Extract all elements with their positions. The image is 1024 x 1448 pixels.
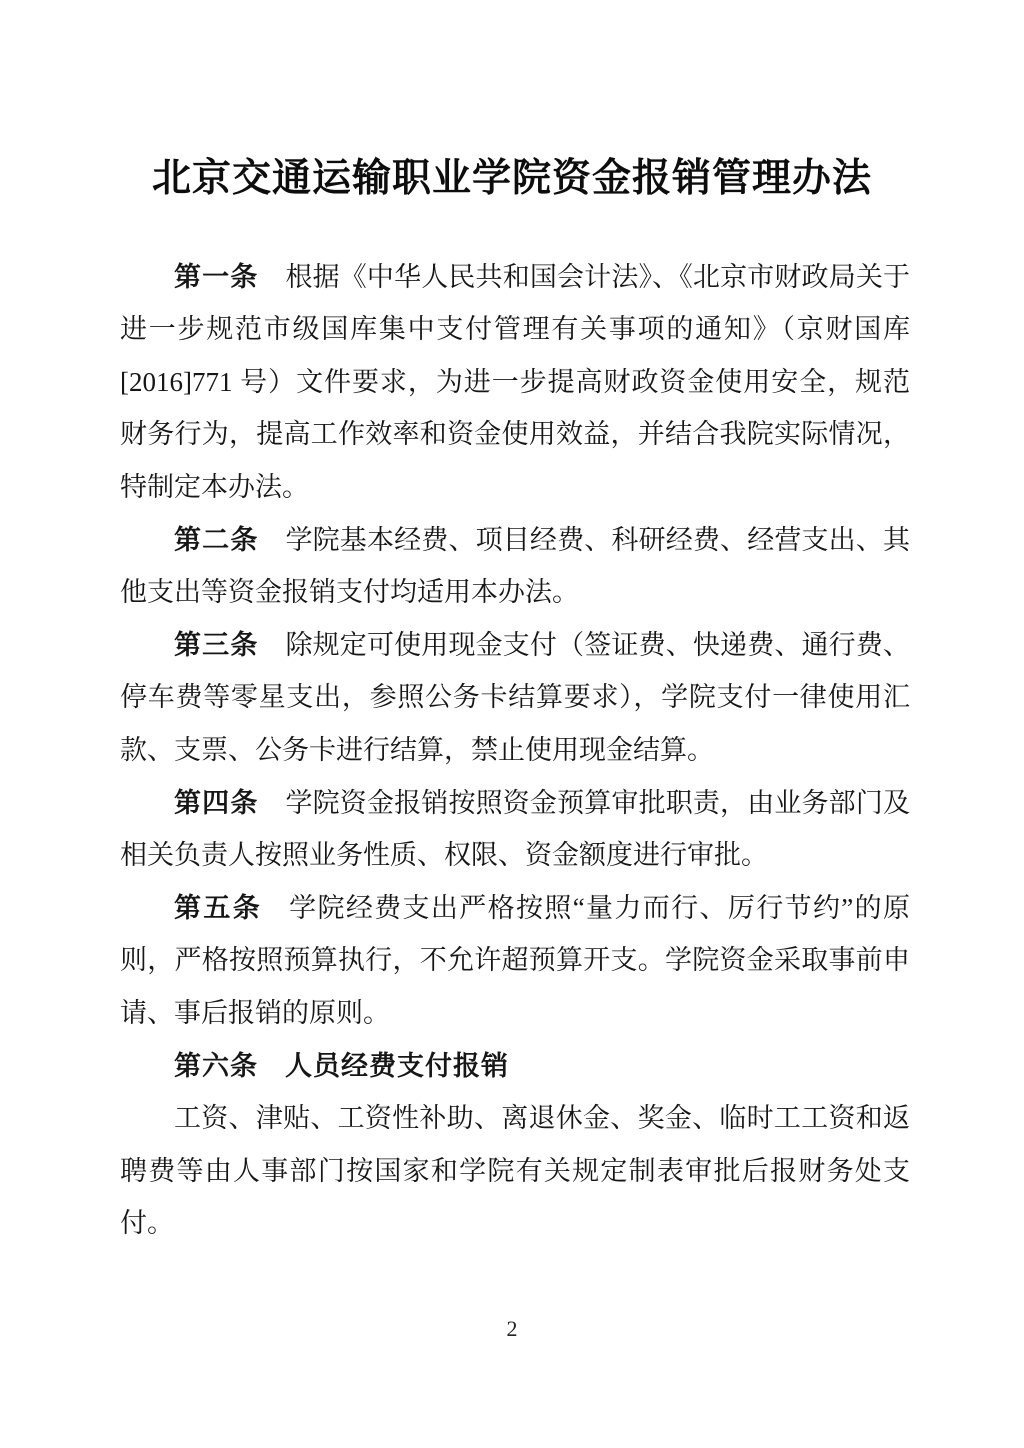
document-body: 第一条根据《中华人民共和国会计法》、《北京市财政局关于进一步规范市级国库集中支付… [120, 251, 910, 1250]
paragraph-article-6-body: 工资、津贴、工资性补助、离退休金、奖金、临时工工资和返聘费等由人事部门按国家和学… [120, 1092, 910, 1250]
article-2-label: 第二条 [174, 525, 258, 555]
paragraph-article-5: 第五条学院经费支出严格按照“量力而行、厉行节约”的原则，严格按照预算执行，不允许… [120, 882, 910, 1040]
article-4-label: 第四条 [174, 788, 258, 818]
paragraph-article-2: 第二条学院基本经费、项目经费、科研经费、经营支出、其他支出等资金报销支付均适用本… [120, 514, 910, 619]
paragraph-article-1: 第一条根据《中华人民共和国会计法》、《北京市财政局关于进一步规范市级国库集中支付… [120, 251, 910, 514]
article-1-text: 根据《中华人民共和国会计法》、《北京市财政局关于进一步规范市级国库集中支付管理有… [120, 262, 910, 502]
paragraph-article-4: 第四条学院资金报销按照资金预算审批职责，由业务部门及相关负责人按照业务性质、权限… [120, 777, 910, 882]
article-6-text: 人员经费支付报销 [285, 1051, 509, 1081]
page-number: 2 [0, 1316, 1024, 1342]
paragraph-article-6-heading: 第六条人员经费支付报销 [120, 1040, 910, 1093]
article-5-label: 第五条 [174, 893, 262, 923]
document-page: 北京交通运输职业学院资金报销管理办法 第一条根据《中华人民共和国会计法》、《北京… [0, 0, 1024, 1448]
paragraph-article-3: 第三条除规定可使用现金支付（签证费、快递费、通行费、停车费等零星支出，参照公务卡… [120, 619, 910, 777]
document-title: 北京交通运输职业学院资金报销管理办法 [0, 26, 1024, 209]
article-1-label: 第一条 [174, 262, 258, 292]
article-6-label: 第六条 [174, 1051, 258, 1081]
article-6-body-text: 工资、津贴、工资性补助、离退休金、奖金、临时工工资和返聘费等由人事部门按国家和学… [120, 1103, 910, 1238]
article-3-label: 第三条 [174, 630, 258, 660]
